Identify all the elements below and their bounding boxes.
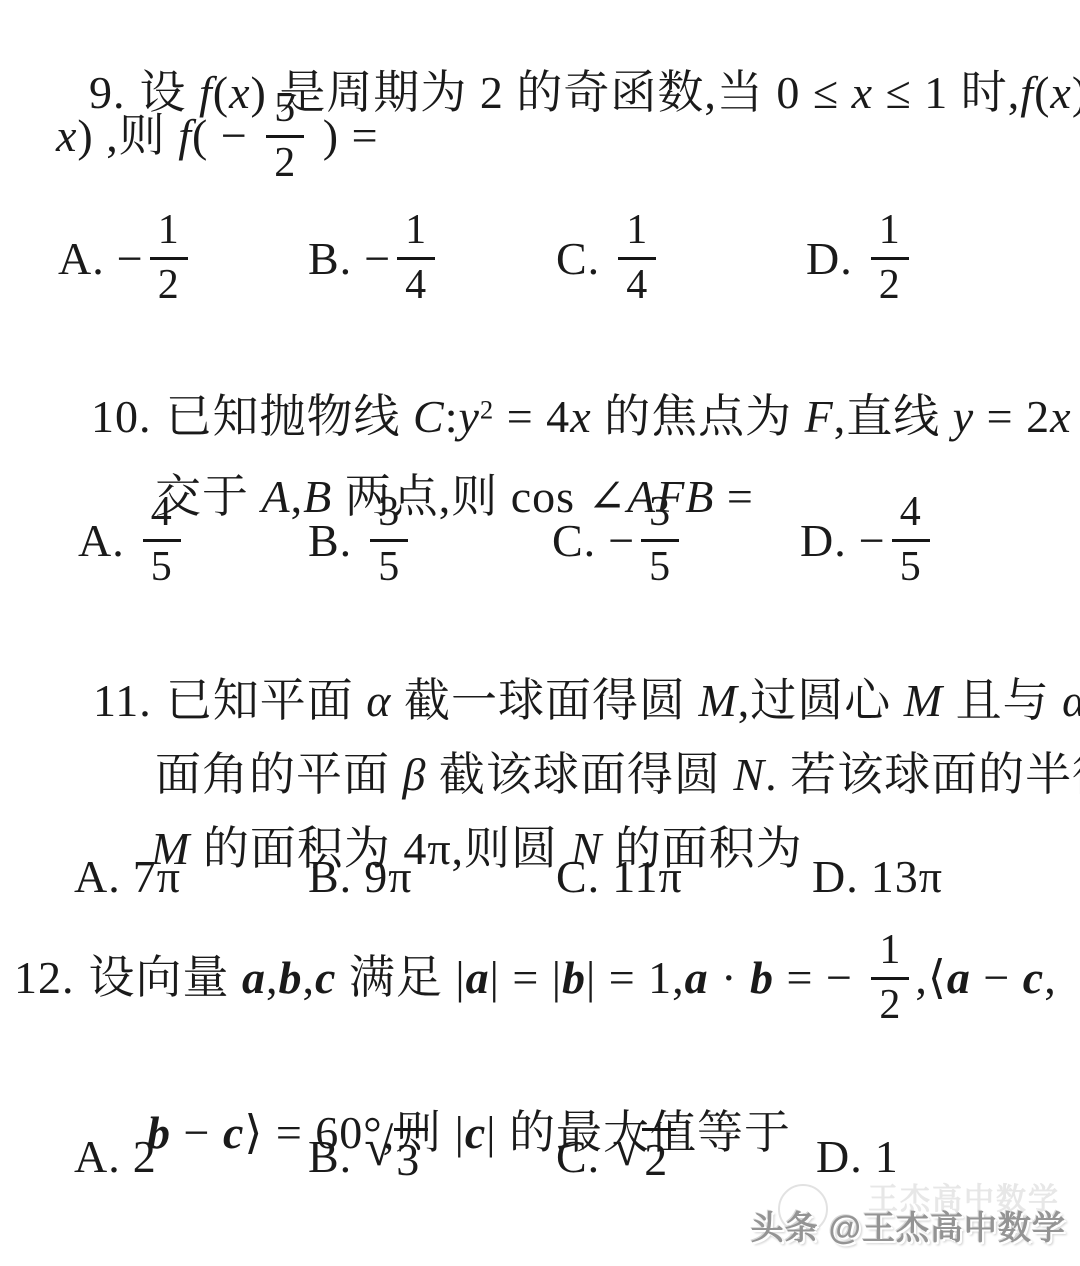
option-value: √2 (612, 1126, 676, 1186)
option-value: − 35 (608, 490, 685, 590)
question-9-option-d: D.12 (806, 208, 915, 308)
option-value: 2 (133, 1130, 157, 1183)
option-label: A. (74, 1130, 121, 1183)
option-value: 12 (865, 208, 915, 308)
watermark: 王杰高中数学 头条 @王杰高中数学 (736, 1196, 1066, 1260)
question-11-option-d: D.13π (812, 848, 943, 904)
option-value: 13π (871, 850, 943, 903)
question-11-option-c: C.11π (556, 848, 683, 904)
option-value: √3 (364, 1126, 428, 1186)
question-9-option-a: A.− 12 (58, 208, 194, 308)
watermark-text: 头条 @王杰高中数学 (751, 1202, 1066, 1249)
option-label: B. (308, 850, 352, 903)
option-value: − 45 (859, 490, 936, 590)
option-value: − 14 (364, 208, 441, 308)
question-9-options: A.− 12 B.− 14 C.14 D.12 (0, 208, 1080, 308)
option-value: 35 (364, 490, 414, 590)
exam-page: 9.设 f(x) 是周期为 2 的奇函数,当 0 ≤ x ≤ 1 时,f(x) … (0, 0, 1080, 1266)
option-value: 14 (612, 208, 662, 308)
option-label: D. (812, 850, 859, 903)
question-12-option-c: C.√2 (556, 1122, 676, 1190)
option-label: B. (308, 232, 352, 285)
question-12-line-1: 12.设向量 a,b,c 满足 |a| = |b| = 1,a · b = − … (14, 928, 1057, 1028)
question-9-line-2: x) ,则 f( − 52 ) = (56, 88, 379, 184)
option-value: 7π (133, 850, 181, 903)
option-label: D. (800, 514, 847, 567)
option-label: D. (806, 232, 853, 285)
option-label: C. (556, 232, 600, 285)
question-12-text-1: 设向量 a,b,c 满足 |a| = |b| = 1,a · b = − 12,… (89, 928, 1057, 1028)
option-label: A. (58, 232, 105, 285)
question-10-option-d: D.− 45 (800, 486, 936, 594)
question-9-option-b: B.− 14 (308, 208, 441, 308)
question-10-options: A.45 B.35 C.− 35 D.− 45 (0, 486, 1080, 594)
option-label: C. (552, 514, 596, 567)
question-12-option-a: A.2 (74, 1122, 157, 1190)
option-value: − 12 (117, 208, 194, 308)
option-label: C. (556, 1130, 600, 1183)
question-9-option-c: C.14 (556, 208, 662, 308)
option-value: 45 (137, 490, 187, 590)
option-value: 9π (364, 850, 412, 903)
option-label: A. (74, 850, 121, 903)
question-12-number: 12. (14, 950, 75, 1005)
question-12-option-b: B.√3 (308, 1122, 428, 1190)
question-11-options: A.7π B.9π C.11π D.13π (0, 848, 1080, 904)
question-9-text-2: x) ,则 f( − 52 ) = (56, 86, 379, 186)
question-10-option-c: C.− 35 (552, 486, 685, 594)
option-label: B. (308, 514, 352, 567)
question-10-option-b: B.35 (308, 486, 414, 594)
question-11-option-b: B.9π (308, 848, 412, 904)
option-label: B. (308, 1130, 352, 1183)
option-label: C. (556, 850, 600, 903)
question-11-option-a: A.7π (74, 848, 181, 904)
option-label: D. (816, 1130, 863, 1183)
question-10-option-a: A.45 (78, 486, 187, 594)
option-label: A. (78, 514, 125, 567)
option-value: 11π (612, 850, 683, 903)
